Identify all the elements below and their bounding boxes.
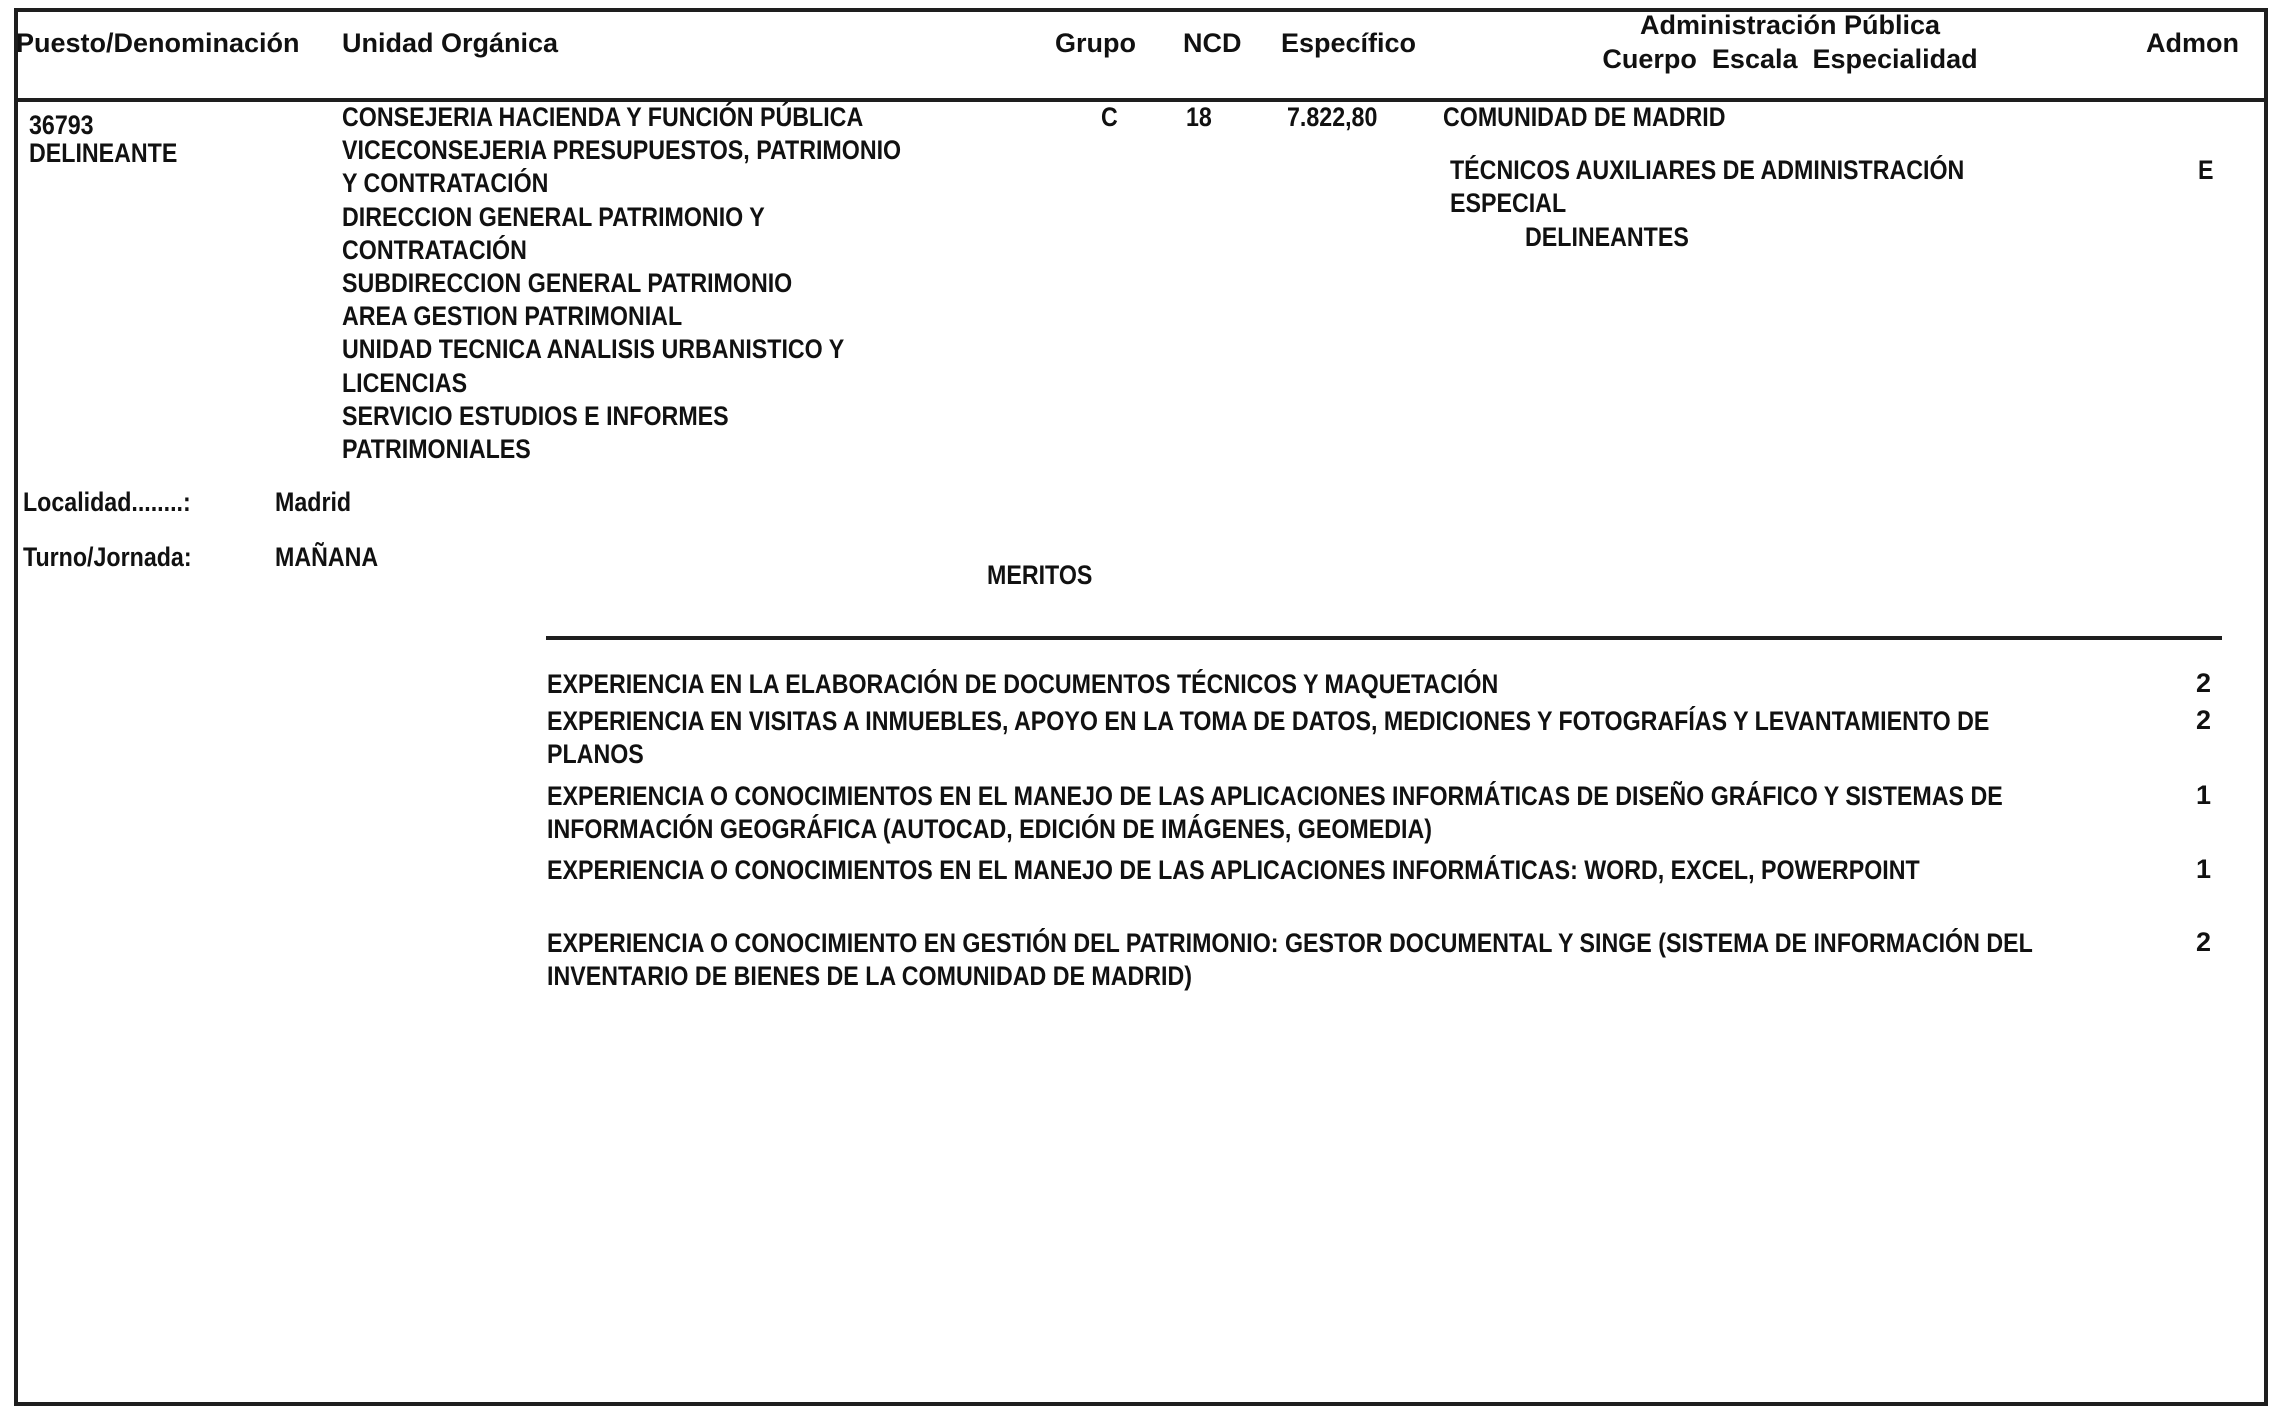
merito-item: EXPERIENCIA EN VISITAS A INMUEBLES, APOY…	[547, 705, 2077, 771]
merito-text: EXPERIENCIA EN LA ELABORACIÓN DE DOCUMEN…	[547, 668, 2078, 701]
header-puesto: Puesto/Denominación	[16, 28, 300, 59]
merito-item: EXPERIENCIA O CONOCIMIENTO EN GESTIÓN DE…	[547, 927, 2077, 993]
merito-score: 1	[2196, 780, 2211, 811]
puesto-denominacion: DELINEANTE	[29, 138, 177, 169]
merito-item: EXPERIENCIA O CONOCIMIENTOS EN EL MANEJO…	[547, 780, 2077, 846]
header-admon: Admon	[2146, 28, 2239, 59]
especifico-value: 7.822,80	[1287, 102, 1377, 133]
merito-score: 1	[2196, 854, 2211, 885]
merito-score: 2	[2196, 927, 2211, 958]
merito-item: EXPERIENCIA EN LA ELABORACIÓN DE DOCUMEN…	[547, 668, 2077, 701]
administracion-value: COMUNIDAD DE MADRID	[1443, 102, 1725, 133]
merito-item: EXPERIENCIA O CONOCIMIENTOS EN EL MANEJO…	[547, 854, 2077, 887]
ncd-value: 18	[1186, 102, 1212, 133]
unidad-organica-line: SUBDIRECCION GENERAL PATRIMONIO	[342, 268, 792, 299]
unidad-organica-line: AREA GESTION PATRIMONIAL	[342, 301, 682, 332]
merito-text: EXPERIENCIA O CONOCIMIENTO EN GESTIÓN DE…	[547, 927, 2078, 993]
header-ncd: NCD	[1183, 28, 1242, 59]
unidad-organica-line: LICENCIAS	[342, 368, 467, 399]
turno-value: MAÑANA	[275, 542, 378, 573]
localidad-value: Madrid	[275, 487, 351, 518]
localidad-label: Localidad........:	[23, 487, 191, 518]
grupo-value: C	[1101, 102, 1118, 133]
unidad-organica-line: CONTRATACIÓN	[342, 235, 527, 266]
cuerpo-value-line2: ESPECIAL	[1450, 188, 1566, 219]
header-unidad-organica: Unidad Orgánica	[342, 28, 558, 59]
unidad-organica-line: SERVICIO ESTUDIOS E INFORMES	[342, 401, 729, 432]
unidad-organica-line: CONSEJERIA HACIENDA Y FUNCIÓN PÚBLICA	[342, 102, 863, 133]
turno-label: Turno/Jornada:	[23, 542, 192, 573]
especialidad-value: DELINEANTES	[1525, 222, 1689, 253]
unidad-organica-line: UNIDAD TECNICA ANALISIS URBANISTICO Y	[342, 334, 844, 365]
unidad-organica-line: Y CONTRATACIÓN	[342, 168, 548, 199]
header-grupo: Grupo	[1055, 28, 1136, 59]
puesto-codigo: 36793	[29, 110, 94, 141]
admon-value: E	[2198, 155, 2213, 186]
header-especifico: Específico	[1281, 28, 1416, 59]
merito-score: 2	[2196, 668, 2211, 699]
header-cuerpo-escala-especialidad: Cuerpo Escala Especialidad	[1590, 44, 1990, 75]
merito-score: 2	[2196, 705, 2211, 736]
unidad-organica-line: DIRECCION GENERAL PATRIMONIO Y	[342, 202, 765, 233]
meritos-divider	[546, 636, 2222, 640]
cuerpo-value-line1: TÉCNICOS AUXILIARES DE ADMINISTRACIÓN	[1450, 155, 1964, 186]
unidad-organica-line: PATRIMONIALES	[342, 434, 531, 465]
merito-text: EXPERIENCIA O CONOCIMIENTOS EN EL MANEJO…	[547, 854, 2078, 887]
unidad-organica-line: VICECONSEJERIA PRESUPUESTOS, PATRIMONIO	[342, 135, 901, 166]
merito-text: EXPERIENCIA O CONOCIMIENTOS EN EL MANEJO…	[547, 780, 2078, 846]
header-administracion-publica: Administración Pública	[1590, 10, 1990, 41]
merito-text: EXPERIENCIA EN VISITAS A INMUEBLES, APOY…	[547, 705, 2078, 771]
meritos-title: MERITOS	[987, 560, 1092, 591]
